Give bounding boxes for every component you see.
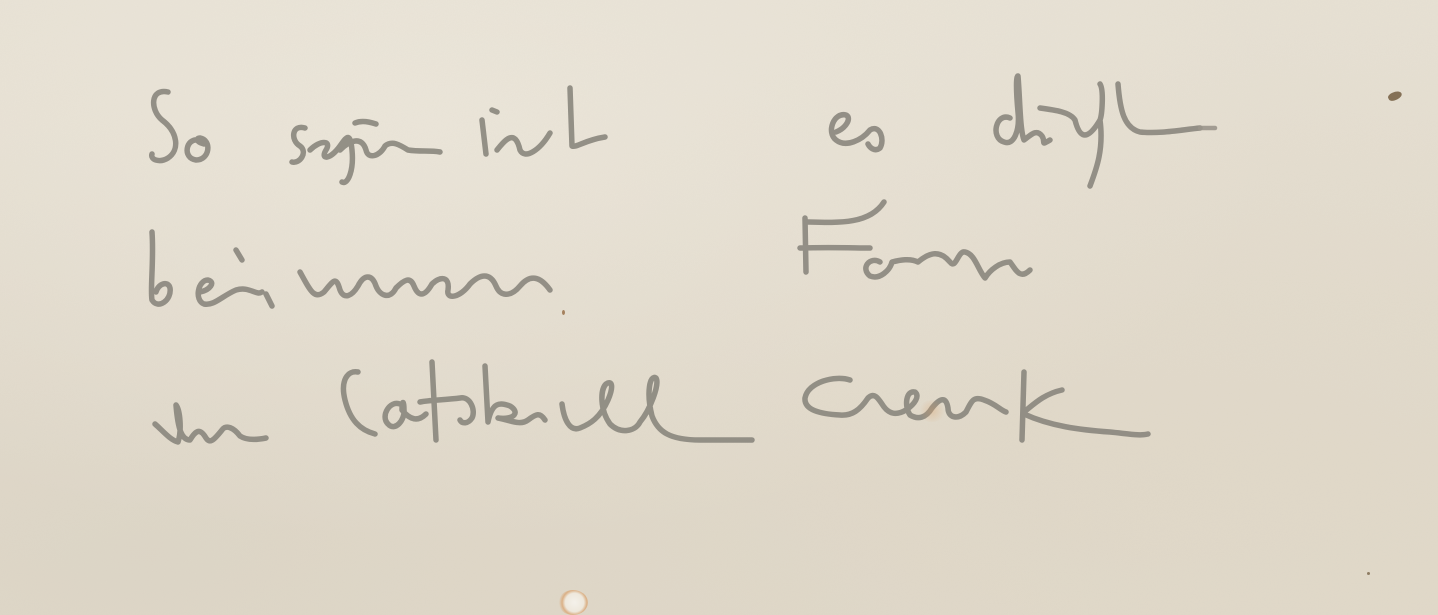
line-3-strokes bbox=[155, 362, 1148, 442]
paper-sheet: So schön ist es dicht bei unserer Farm a… bbox=[0, 0, 1438, 615]
handwritten-text bbox=[0, 0, 1438, 615]
speck bbox=[562, 310, 565, 315]
line-1-strokes bbox=[152, 76, 1215, 186]
stain bbox=[918, 400, 946, 422]
paper-tear bbox=[558, 590, 588, 615]
speck bbox=[1367, 572, 1370, 575]
line-2-strokes bbox=[151, 202, 1030, 306]
